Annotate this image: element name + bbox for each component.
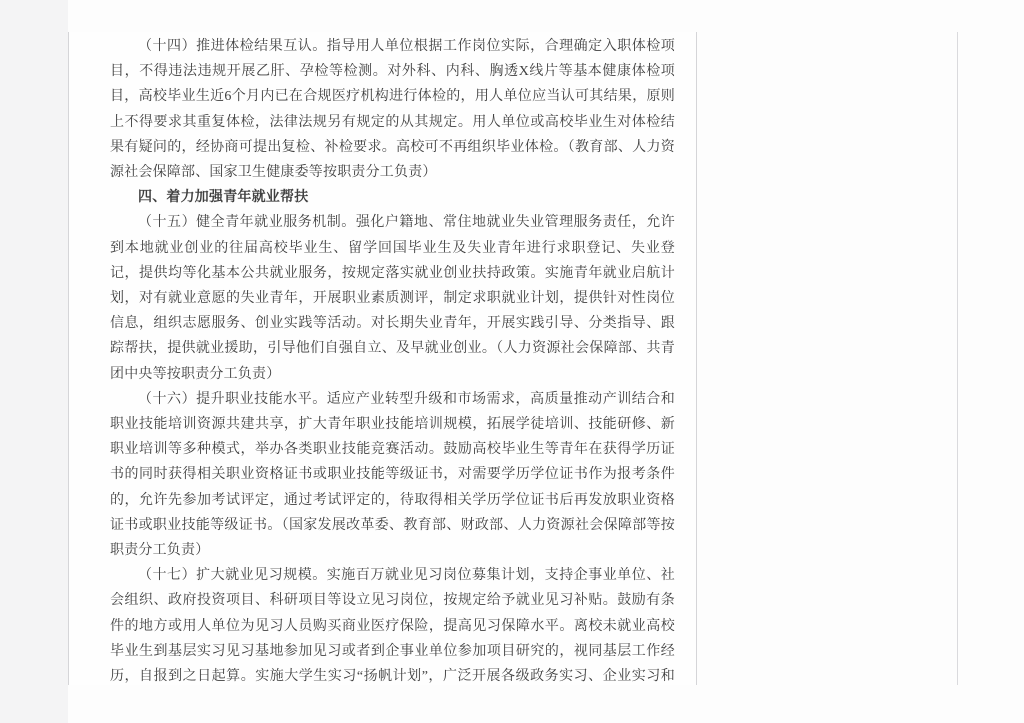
document-page[interactable]: （十四）推进体检结果互认。指导用人单位根据工作岗位实际，合理确定入职体检项目，不… xyxy=(68,32,697,685)
blank-page-area xyxy=(697,32,958,685)
paragraph-16-body: 适应产业转型升级和市场需求，高质量推动产训结合和职业技能培训资源共建共享，扩大青… xyxy=(110,392,675,533)
paragraph-14-lead: （十四）推进体检结果互认。 xyxy=(138,39,327,54)
paragraph-item-15: （十五）健全青年就业服务机制。强化户籍地、常住地就业失业管理服务责任，允许到本地… xyxy=(110,210,675,386)
paragraph-14-body: 指导用人单位根据工作岗位实际，合理确定入职体检项目，不得违法违规开展乙肝、孕检等… xyxy=(110,39,675,155)
section-heading-4: 四、着力加强青年就业帮扶 xyxy=(110,185,675,210)
paragraph-item-16: （十六）提升职业技能水平。适应产业转型升级和市场需求，高质量推动产训结合和职业技… xyxy=(110,387,675,563)
paragraph-item-14: （十四）推进体检结果互认。指导用人单位根据工作岗位实际，合理确定入职体检项目，不… xyxy=(110,34,675,185)
paragraph-16-lead: （十六）提升职业技能水平。 xyxy=(138,392,327,407)
paragraph-item-17: （十七）扩大就业见习规模。实施百万就业见习岗位募集计划，支持企事业单位、社会组织… xyxy=(110,563,675,685)
viewer-left-margin xyxy=(0,0,68,723)
document-text-column: （十四）推进体检结果互认。指导用人单位根据工作岗位实际，合理确定入职体检项目，不… xyxy=(110,34,675,685)
paragraph-17-body: 实施百万就业见习岗位募集计划，支持企事业单位、社会组织、政府投资项目、科研项目等… xyxy=(110,568,675,685)
paragraph-17-lead: （十七）扩大就业见习规模。 xyxy=(138,568,327,583)
paragraph-15-body: 强化户籍地、常住地就业失业管理服务责任，允许到本地就业创业的往届高校毕业生、留学… xyxy=(110,215,675,356)
paragraph-15-lead: （十五）健全青年就业服务机制。 xyxy=(138,215,356,230)
document-viewer: （十四）推进体检结果互认。指导用人单位根据工作岗位实际，合理确定入职体检项目，不… xyxy=(0,0,1024,723)
